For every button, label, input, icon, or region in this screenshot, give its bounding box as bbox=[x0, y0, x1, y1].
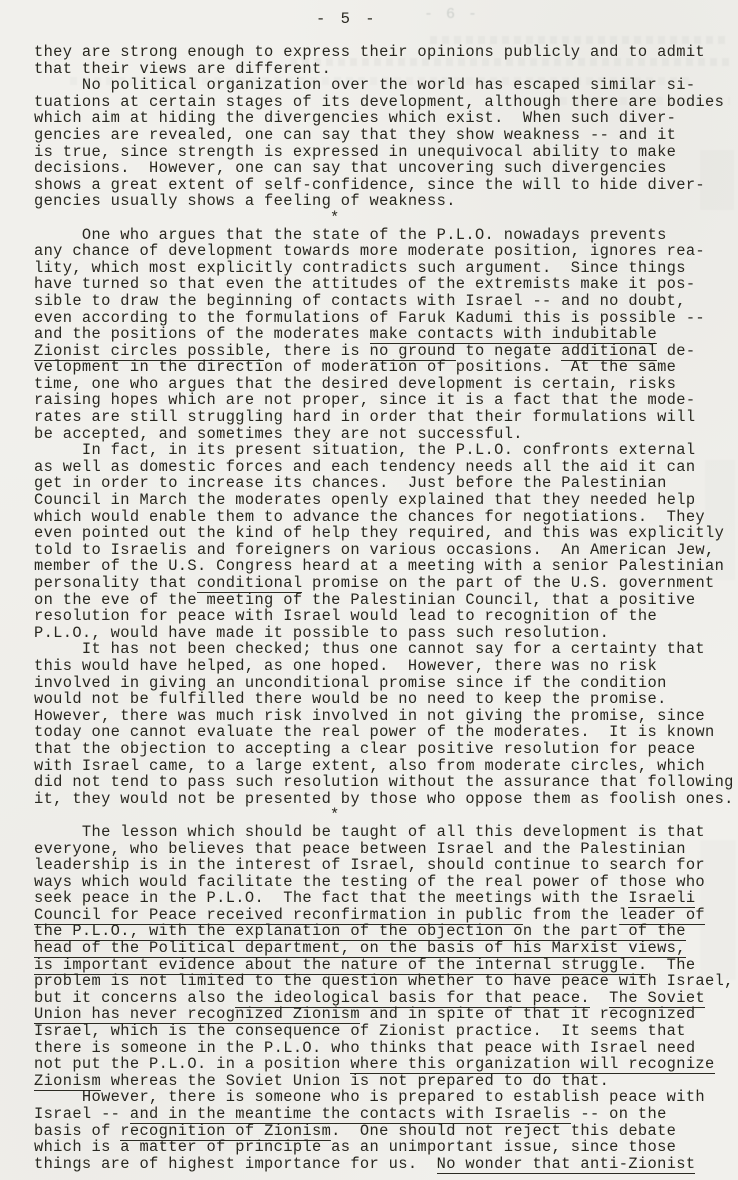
text-line: ways which would facilitate the testing … bbox=[34, 874, 734, 891]
text-line: that the objection to accepting a clear … bbox=[34, 741, 734, 758]
text-line: problem is not limited to the question w… bbox=[34, 973, 734, 990]
paragraph: It has not been checked; thus one cannot… bbox=[34, 641, 734, 807]
underlined-text: No wonder that anti-Zionist bbox=[437, 1155, 696, 1174]
text-line: raising hopes which are not proper, sinc… bbox=[34, 392, 734, 409]
document-body: they are strong enough to express their … bbox=[34, 44, 734, 1172]
text-line: gencies are revealed, one can say that t… bbox=[34, 127, 734, 144]
text-line: is true, since strength is expressed in … bbox=[34, 144, 734, 161]
text-line: which is a matter of principle as an uni… bbox=[34, 1139, 734, 1156]
text-line: Israel -- and in the meantime the contac… bbox=[34, 1106, 734, 1123]
text-line: not put the P.L.O. in a position where t… bbox=[34, 1056, 734, 1073]
text-line: In fact, in its present situation, the P… bbox=[34, 442, 734, 459]
text-line: which aim at hiding the divergencies whi… bbox=[34, 110, 734, 127]
text-line: have turned so that even the attitudes o… bbox=[34, 276, 734, 293]
text-line: lity, which most explicitly contradicts … bbox=[34, 260, 734, 277]
text-line: Israel, which is the consequence of Zion… bbox=[34, 1023, 734, 1040]
text-line: involved in giving an unconditional prom… bbox=[34, 675, 734, 692]
text-line: that their views are different. bbox=[34, 61, 734, 78]
text-line: Zionism whereas the Soviet Union is not … bbox=[34, 1073, 734, 1090]
text-line: everyone, who believes that peace betwee… bbox=[34, 841, 734, 858]
text-line: Union has never recognized Zionism and i… bbox=[34, 1006, 734, 1023]
paragraph: However, there is someone who is prepare… bbox=[34, 1089, 734, 1172]
paragraph: they are strong enough to express their … bbox=[34, 44, 734, 77]
text-line: did not tend to pass such resolution wit… bbox=[34, 774, 734, 791]
text-line: The lesson which should be taught of all… bbox=[34, 824, 734, 841]
text-line: However, there was much risk involved in… bbox=[34, 708, 734, 725]
text-line: seek peace in the P.L.O. The fact that t… bbox=[34, 890, 734, 907]
text-line: which would enable them to advance the c… bbox=[34, 509, 734, 526]
document-page: { "page": { "number_label": "- 5 -", "gh… bbox=[0, 0, 738, 1180]
text-line: even according to the formulations of Fa… bbox=[34, 310, 734, 327]
paragraph: One who argues that the state of the P.L… bbox=[34, 227, 734, 443]
text-line: Council for Peace received reconfirmatio… bbox=[34, 907, 734, 924]
text-line: time, one who argues that the desired de… bbox=[34, 376, 734, 393]
text-line: However, there is someone who is prepare… bbox=[34, 1089, 734, 1106]
text-line: personality that conditional promise on … bbox=[34, 575, 734, 592]
text-line: things are of highest importance for us.… bbox=[34, 1156, 734, 1173]
text-line: basis of recognition of Zionism. One sho… bbox=[34, 1123, 734, 1140]
text-line: P.L.O., would have made it possible to p… bbox=[34, 625, 734, 642]
text-line: this would have helped, as one hoped. Ho… bbox=[34, 658, 734, 675]
text-line: as well as domestic forces and each tend… bbox=[34, 459, 734, 476]
text-line: told to Israelis and foreigners on vario… bbox=[34, 542, 734, 559]
text-line: any chance of development towards more m… bbox=[34, 243, 734, 260]
text-line: shows a great extent of self-confidence,… bbox=[34, 177, 734, 194]
text-line: No political organization over the world… bbox=[34, 77, 734, 94]
text-line: with Israel came, to a large extent, als… bbox=[34, 758, 734, 775]
text-line: sible to draw the beginning of contacts … bbox=[34, 293, 734, 310]
text-line: member of the U.S. Congress heard at a m… bbox=[34, 558, 734, 575]
text-line: would not be fulfilled there would be no… bbox=[34, 691, 734, 708]
text-line: resolution for peace with Israel would l… bbox=[34, 608, 734, 625]
text-line: Zionist circles possible, there is no gr… bbox=[34, 343, 734, 360]
paragraph: The lesson which should be taught of all… bbox=[34, 824, 734, 1090]
text-line: head of the Political department, on the… bbox=[34, 940, 734, 957]
text-line: but it concerns also the ideological bas… bbox=[34, 990, 734, 1007]
text-line: and the positions of the moderates make … bbox=[34, 326, 734, 343]
text-line: decisions. However, one can say that unc… bbox=[34, 160, 734, 177]
text-line: velopment in the direction of moderation… bbox=[34, 359, 734, 376]
ghost-page-number: - 6 - bbox=[424, 6, 479, 23]
text-line: Council in March the moderates openly ex… bbox=[34, 492, 734, 509]
text-line: there is someone in the P.L.O. who think… bbox=[34, 1040, 734, 1057]
text-line: they are strong enough to express their … bbox=[34, 44, 734, 61]
text-line: the P.L.O., with the explanation of the … bbox=[34, 923, 734, 940]
text-line: tuations at certain stages of its develo… bbox=[34, 94, 734, 111]
text-line: leadership is in the interest of Israel,… bbox=[34, 857, 734, 874]
section-separator: * bbox=[34, 807, 734, 824]
text-line: be accepted, and sometimes they are not … bbox=[34, 426, 734, 443]
text-line: get in order to increase its chances. Ju… bbox=[34, 475, 734, 492]
paragraph: In fact, in its present situation, the P… bbox=[34, 442, 734, 641]
text-line: today one cannot evaluate the real power… bbox=[34, 724, 734, 741]
text-line: gencies usually shows a feeling of weakn… bbox=[34, 193, 734, 210]
page-number: - 5 - bbox=[316, 10, 378, 28]
text-line: It has not been checked; thus one cannot… bbox=[34, 641, 734, 658]
text-line: One who argues that the state of the P.L… bbox=[34, 227, 734, 244]
section-separator: * bbox=[34, 210, 734, 227]
text-line: on the eve of the meeting of the Palesti… bbox=[34, 592, 734, 609]
text-line: rates are still struggling hard in order… bbox=[34, 409, 734, 426]
text-line: is important evidence about the nature o… bbox=[34, 957, 734, 974]
text-line: it, they would not be presented by those… bbox=[34, 791, 734, 808]
paragraph: No political organization over the world… bbox=[34, 77, 734, 210]
text-line: even pointed out the kind of help they r… bbox=[34, 525, 734, 542]
